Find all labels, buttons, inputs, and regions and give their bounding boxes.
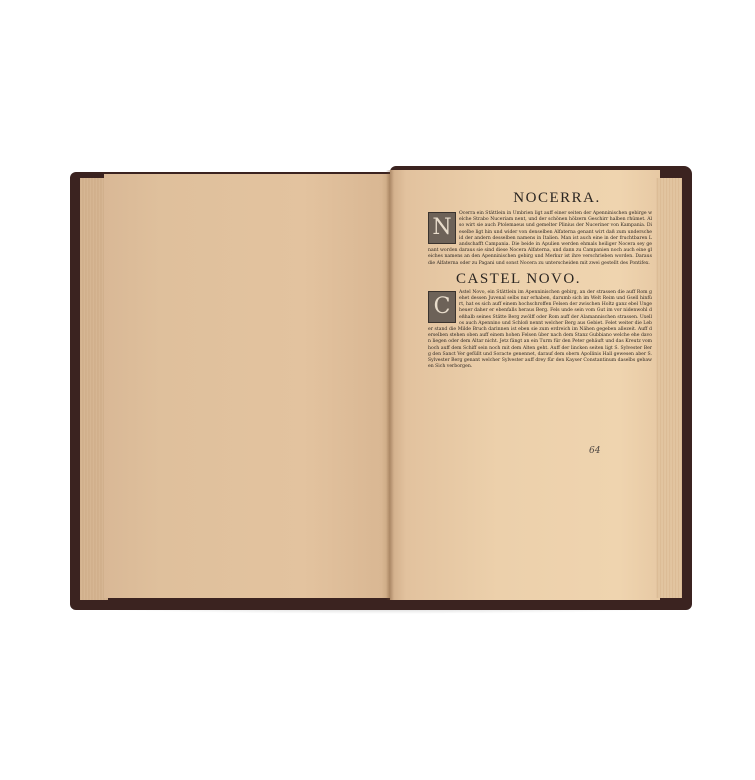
page-number: 64: [589, 446, 600, 456]
right-page-stack: [656, 178, 682, 598]
section-heading-castel-novo: CASTEL NOVO.: [456, 271, 652, 288]
book-gutter: [386, 170, 394, 600]
section-body-castel-novo: C Astel Novo, ein Stättlein im Apenninis…: [428, 290, 652, 371]
drop-cap-ornament-icon: C: [428, 291, 456, 323]
left-page-blank[interactable]: [104, 174, 390, 598]
section-heading-nocerra: NOCERRA.: [462, 190, 652, 207]
drop-cap-ornament-icon: N: [428, 212, 456, 244]
paragraph-text: Astel Novo, ein Stättlein im Apenninisch…: [428, 290, 652, 369]
section-body-nocerra: N Ocerra ein Stättlein in Umbrien ligt a…: [428, 211, 652, 267]
right-page-text: NOCERRA. N Ocerra ein Stättlein in Umbri…: [428, 190, 652, 370]
paragraph-text: Ocerra ein Stättlein in Umbrien ligt auf…: [428, 211, 652, 266]
